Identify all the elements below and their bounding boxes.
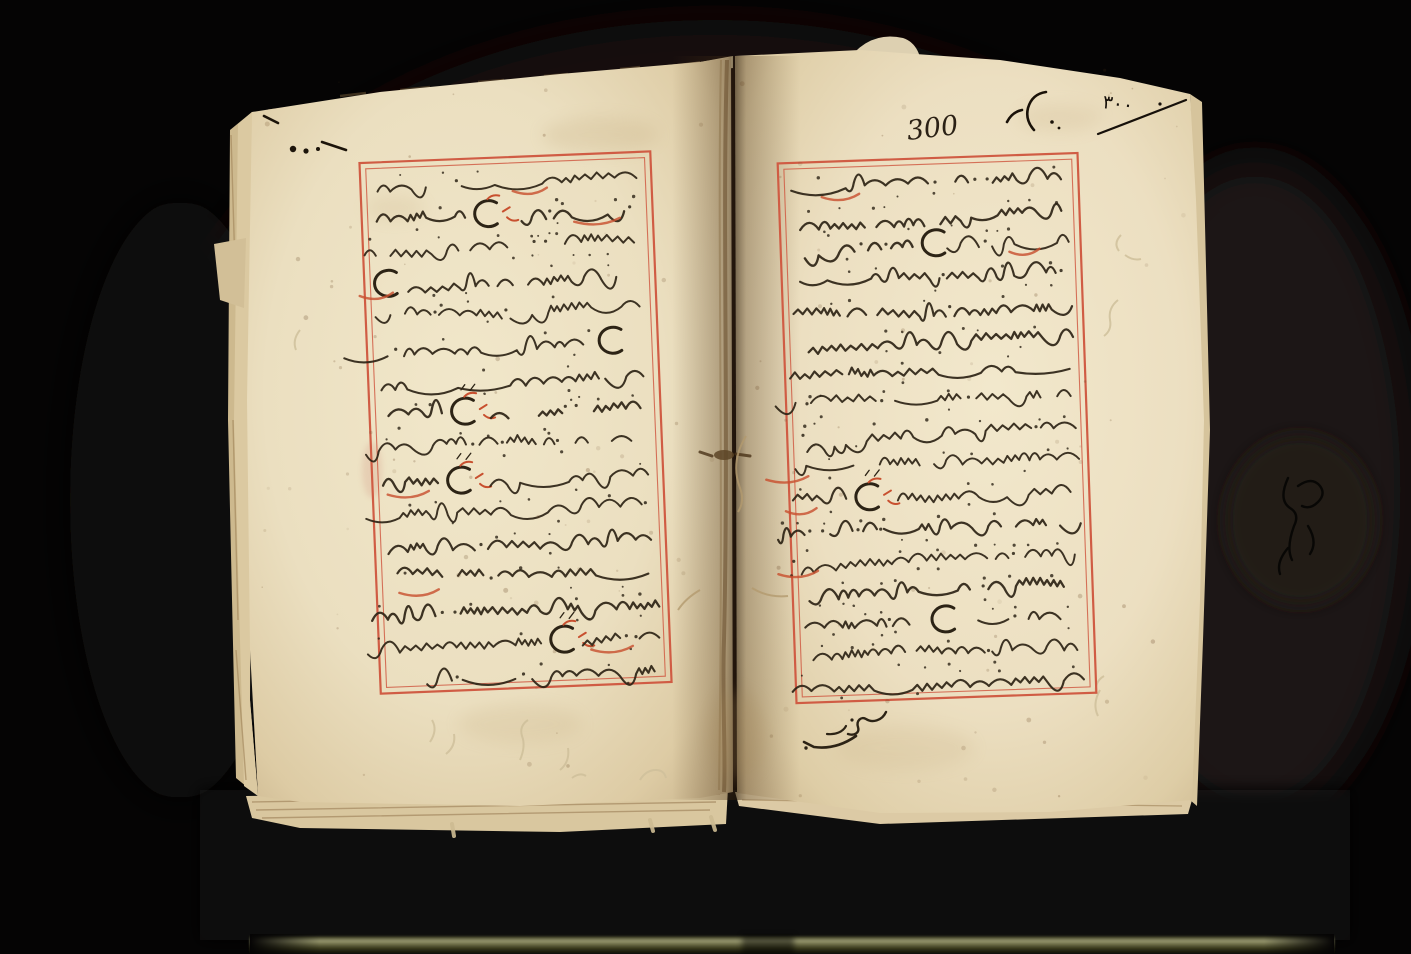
- manuscript-photo: 300 ٣٠٠: [0, 0, 1411, 954]
- margin-scribble: [1225, 435, 1375, 605]
- svg-text:٣٠٠: ٣٠٠: [1101, 91, 1134, 117]
- bottom-color-strip: [250, 934, 1334, 954]
- photo-canvas: 300 ٣٠٠: [0, 0, 1411, 954]
- left-page: [247, 57, 733, 806]
- gutter-shadow: [672, 56, 800, 800]
- stitch-knot: [714, 450, 734, 460]
- page-number: 300: [905, 110, 960, 147]
